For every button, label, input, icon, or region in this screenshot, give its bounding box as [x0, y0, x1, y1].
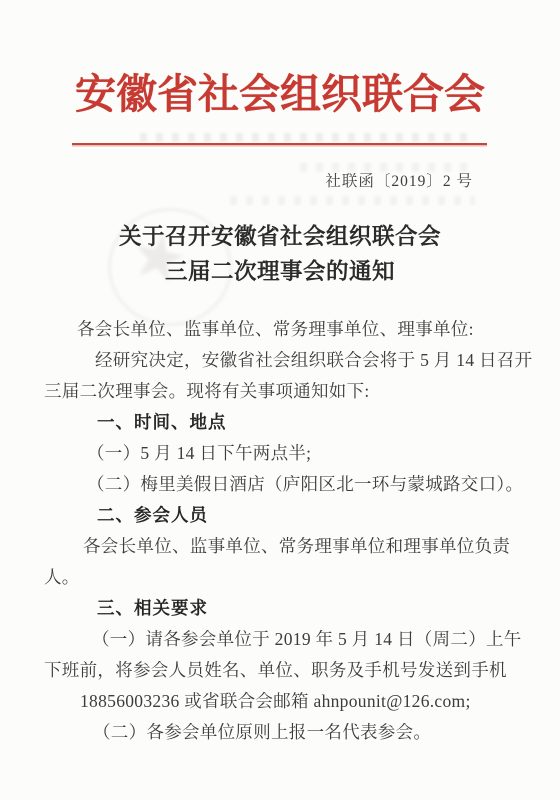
notice-title: 关于召开安徽省社会组织联合会 三届二次理事会的通知: [0, 219, 560, 289]
attendees-paragraph-line1: 各会长单位、监事单位、常务理事单位和理事单位负责: [44, 531, 516, 562]
scanned-notice-page: ★ 安徽省社会组织联合会 社联函〔2019〕2 号 关于召开安徽省社会组织联合会…: [0, 0, 560, 800]
requirement-1-line3-contact: 18856003236 或省联合会邮箱 ahnpounit@126.com;: [44, 686, 516, 717]
notice-title-line2: 三届二次理事会的通知: [0, 254, 560, 289]
section-heading-attendees: 二、参会人员: [44, 500, 516, 531]
opening-paragraph-line2: 三届二次理事会。现将有关事项通知如下:: [44, 376, 516, 407]
section-heading-time-place: 一、时间、地点: [44, 407, 516, 438]
doc-number: 社联函〔2019〕2 号: [325, 170, 473, 194]
requirement-2: （二）各参会单位原则上报一名代表参会。: [44, 717, 516, 748]
notice-body: 各会长单位、监事单位、常务理事单位、理事单位: 经研究决定，安徽省社会组织联合会…: [44, 314, 516, 748]
notice-title-line1: 关于召开安徽省社会组织联合会: [0, 219, 560, 254]
item-place: （二）梅里美假日酒店（庐阳区北一环与蒙城路交口）。: [44, 469, 516, 500]
ink-bleedthrough-strip: [140, 133, 470, 142]
ink-bleedthrough-strip: [230, 196, 475, 205]
opening-paragraph-line1: 经研究决定，安徽省社会组织联合会将于 5 月 14 日召开: [44, 345, 516, 376]
item-time: （一）5 月 14 日下午两点半;: [44, 438, 516, 469]
salutation: 各会长单位、监事单位、常务理事单位、理事单位:: [44, 314, 516, 345]
header-rule: [72, 143, 487, 145]
attendees-paragraph-line2: 人。: [44, 562, 516, 593]
section-heading-requirements: 三、相关要求: [44, 593, 516, 624]
requirement-1-line2: 下班前，将参会人员姓名、单位、职务及手机号发送到手机: [44, 655, 516, 686]
requirement-1-line1: （一）请各参会单位于 2019 年 5 月 14 日（周二）上午: [44, 624, 516, 655]
org-name: 安徽省社会组织联合会: [0, 66, 560, 122]
